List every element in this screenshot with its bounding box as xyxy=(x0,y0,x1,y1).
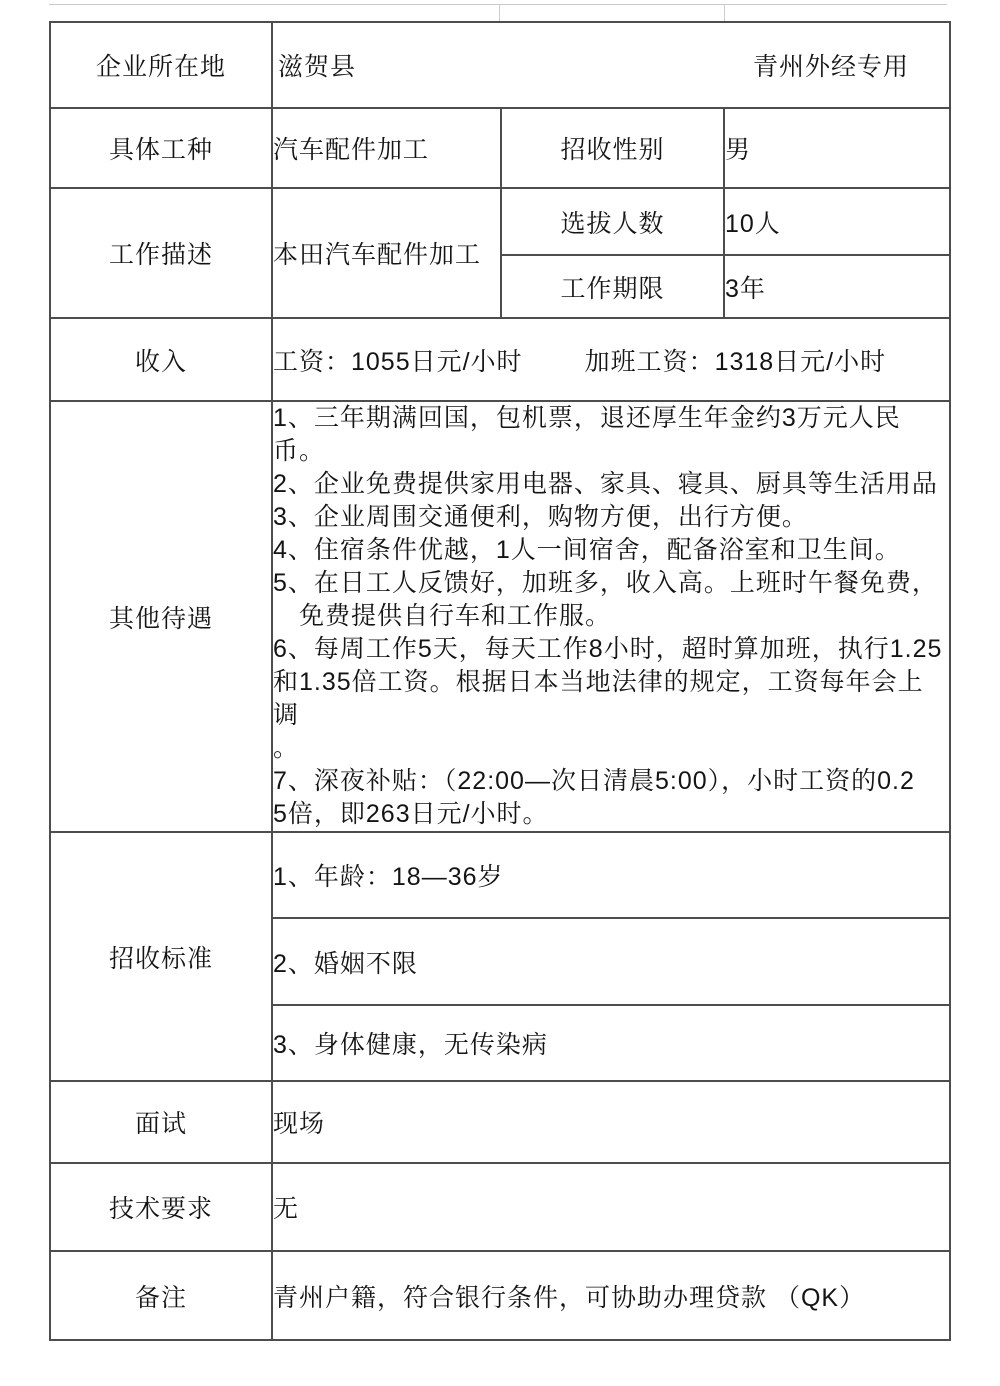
income-wage: 工资：1055日元/小时 xyxy=(273,348,523,376)
table-row-tech: 技术要求 无 xyxy=(50,1163,950,1251)
criteria-item-marriage: 2、婚姻不限 xyxy=(272,918,950,1005)
benefit-line: 。 xyxy=(273,732,949,765)
table-row-job-desc: 工作描述 本田汽车配件加工 选拔人数 10人 xyxy=(50,188,950,255)
remarks-label: 备注 xyxy=(50,1251,272,1340)
income-overtime-wage: 加班工资：1318日元/小时 xyxy=(585,348,887,376)
table-row-location: 企业所在地 滋贺县 青州外经专用 xyxy=(50,22,950,108)
cropped-column-remnant-right xyxy=(724,4,725,22)
benefits-label: 其他待遇 xyxy=(50,401,272,832)
location-value-cell: 滋贺县 青州外经专用 xyxy=(272,22,950,108)
term-label: 工作期限 xyxy=(501,255,724,318)
benefit-line: 4、住宿条件优越，1人一间宿舍，配备浴室和卫生间。 xyxy=(273,534,949,567)
benefit-line: 免费提供自行车和工作服。 xyxy=(273,600,949,633)
benefit-line: 和1.35倍工资。根据日本当地法律的规定，工资每年会上调 xyxy=(273,666,949,732)
income-value-cell: 工资：1055日元/小时加班工资：1318日元/小时 xyxy=(272,318,950,401)
agency-stamp-text: 青州外经专用 xyxy=(753,47,909,83)
income-label: 收入 xyxy=(50,318,272,401)
tech-label: 技术要求 xyxy=(50,1163,272,1251)
recruitment-info-page: 企业所在地 滋贺县 青州外经专用 具体工种 汽车配件加工 招收性别 男 工作描述… xyxy=(0,0,1000,1386)
benefits-value-cell: 1、三年期满回国，包机票，退还厚生年金约3万元人民币。 2、企业免费提供家用电器… xyxy=(272,401,950,832)
table-row-job-type: 具体工种 汽车配件加工 招收性别 男 xyxy=(50,108,950,188)
term-value: 3年 xyxy=(724,255,950,318)
table-row-benefits: 其他待遇 1、三年期满回国，包机票，退还厚生年金约3万元人民币。 2、企业免费提… xyxy=(50,401,950,832)
benefit-line: 1、三年期满回国，包机票，退还厚生年金约3万元人民币。 xyxy=(273,402,949,468)
table-row-interview: 面试 现场 xyxy=(50,1081,950,1163)
location-label: 企业所在地 xyxy=(50,22,272,108)
tech-value: 无 xyxy=(272,1163,950,1251)
headcount-value: 10人 xyxy=(724,188,950,255)
job-type-label: 具体工种 xyxy=(50,108,272,188)
interview-label: 面试 xyxy=(50,1081,272,1163)
job-type-value: 汽车配件加工 xyxy=(272,108,501,188)
remarks-value: 青州户籍，符合银行条件，可协助办理贷款 （QK） xyxy=(272,1251,950,1340)
cropped-row-remnant-line xyxy=(49,4,947,5)
table-row-criteria-1: 招收标准 1、年龄：18—36岁 xyxy=(50,832,950,918)
headcount-label: 选拔人数 xyxy=(501,188,724,255)
cropped-column-remnant-left xyxy=(499,4,500,22)
job-desc-value: 本田汽车配件加工 xyxy=(272,188,501,318)
interview-value: 现场 xyxy=(272,1081,950,1163)
criteria-item-health: 3、身体健康，无传染病 xyxy=(272,1005,950,1081)
benefit-line: 5倍，即263日元/小时。 xyxy=(273,798,949,831)
table-row-remarks: 备注 青州户籍，符合银行条件，可协助办理贷款 （QK） xyxy=(50,1251,950,1340)
benefit-line: 7、深夜补贴：（22:00—次日清晨5:00），小时工资的0.2 xyxy=(273,765,949,798)
benefit-line: 5、在日工人反馈好，加班多，收入高。上班时午餐免费， xyxy=(273,567,949,600)
criteria-item-age: 1、年龄：18—36岁 xyxy=(272,832,950,918)
criteria-label: 招收标准 xyxy=(50,832,272,1081)
benefit-line: 3、企业周围交通便利，购物方便，出行方便。 xyxy=(273,501,949,534)
location-value: 滋贺县 xyxy=(273,47,356,83)
table-row-income: 收入 工资：1055日元/小时加班工资：1318日元/小时 xyxy=(50,318,950,401)
recruitment-info-table: 企业所在地 滋贺县 青州外经专用 具体工种 汽车配件加工 招收性别 男 工作描述… xyxy=(49,21,951,1341)
gender-value: 男 xyxy=(724,108,950,188)
gender-label: 招收性别 xyxy=(501,108,724,188)
benefit-line: 6、每周工作5天，每天工作8小时，超时算加班，执行1.25 xyxy=(273,633,949,666)
job-desc-label: 工作描述 xyxy=(50,188,272,318)
benefit-line: 2、企业免费提供家用电器、家具、寝具、厨具等生活用品 xyxy=(273,468,949,501)
